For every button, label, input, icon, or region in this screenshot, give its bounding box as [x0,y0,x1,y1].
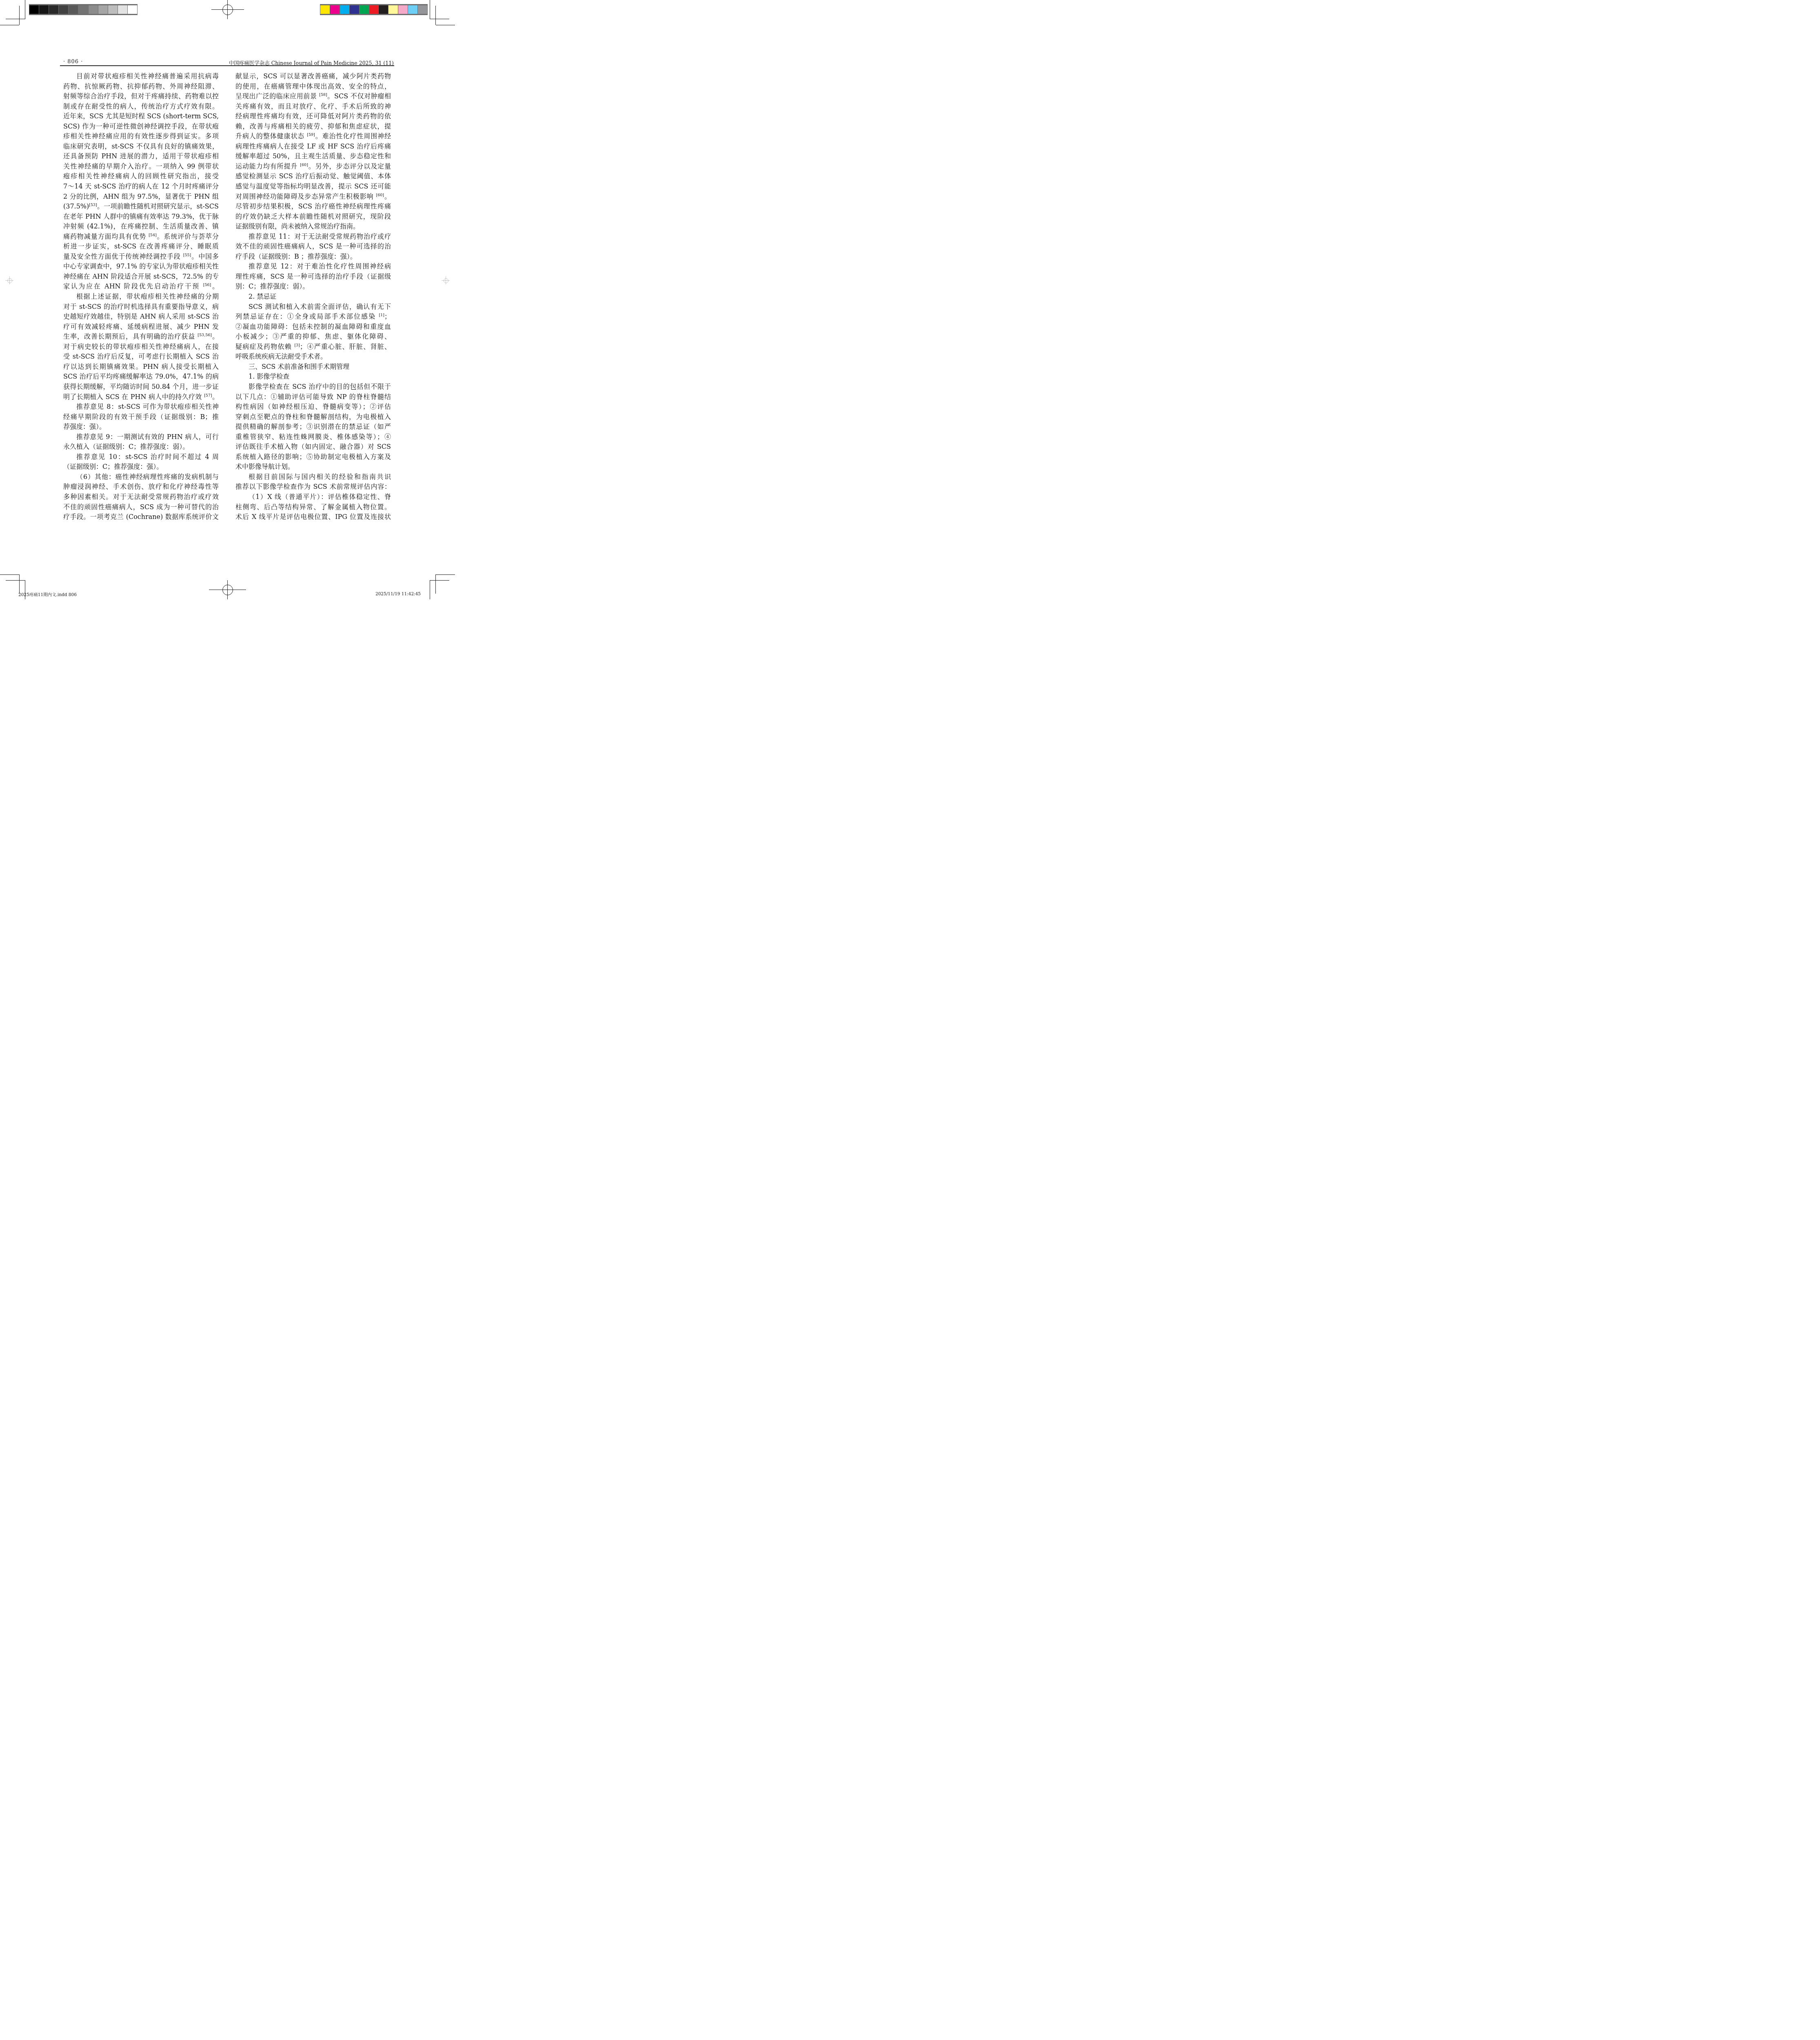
text-line: 以下几点：①辅助评估可能导致 NP 的脊柱脊髓结 [235,392,391,402]
calibration-swatch [98,5,108,14]
crop-mark [0,574,19,575]
calibration-swatch [39,5,49,14]
footer-file-label: 2025疼痛11期内文.indd 806 [18,592,77,598]
text-line: 重椎管狭窄、粘连性蛛网膜炎、椎体感染等）；④ [235,432,391,442]
text-line: (37.5%)[53]。一项前瞻性随机对照研究显示，st-SCS [63,202,219,212]
text-line: 呼吸系统疾病无法耐受手术者。 [235,352,391,362]
text-line: 病理性疼痛病人在接受 LF 或 HF SCS 治疗后疼痛 [235,142,391,152]
text-line: 荐强度：强）。 [63,422,219,432]
text-line: 列禁忌证存在：①全身或局部手术部位感染 [1]； [235,312,391,322]
text-line: 关性神经痛的早期介入治疗。一项纳入 99 例带状 [63,162,219,172]
registration-mark-line [9,276,10,284]
calibration-swatch [340,5,349,14]
text-line: 神经痛在 AHN 阶段适合开展 st-SCS，72.5% 的专 [63,272,219,282]
text-line: 获得长期缓解，平均随访时间 50.84 个月，进一步证 [63,382,219,392]
footer-timestamp: 2025/11/19 11:42:45 [375,592,421,596]
text-line: （证据级别：C；推荐强度：强）。 [63,462,219,472]
text-line: 史越短疗效越佳，特别是 AHN 病人采用 st-SCS 治 [63,312,219,322]
text-line: 别：C；推荐强度：弱）。 [235,282,391,292]
text-line: 影像学检查在 SCS 治疗中的目的包括但不限于 [235,382,391,392]
registration-mark-icon [444,278,448,283]
text-line: 推荐以下影像学检查作为 SCS 术前常规评估内容： [235,482,391,492]
calibration-swatch [369,5,379,14]
calibration-swatch [128,5,137,14]
text-line: 多种因素相关。对于无法耐受常规药物治疗或疗效 [63,492,219,502]
crop-mark [435,574,436,594]
text-line: 尽管初步结果积极，SCS 治疗癌性神经病理性疼痛 [235,202,391,212]
text-line: 缓解率超过 50%，且主观生活质量、步态稳定性和 [235,151,391,162]
text-line: 疗手段。一项考克兰 (Cochrane) 数据库系统评价文 [63,512,219,522]
crop-mark [430,581,430,599]
text-line: 临床研究表明，st-SCS 不仅具有良好的镇痛效果， [63,142,219,152]
text-line: 根据目前国际与国内相关的经验和指南共识 [61,62]， [235,472,391,482]
crop-mark [6,580,25,581]
text-line: 疗手段（证据级别：B ；推荐强度：强）。 [235,252,391,262]
registration-mark-icon [222,585,233,595]
registration-mark-line [227,580,228,599]
text-line: 2. 禁忌证 [235,292,391,302]
text-line: 生率，改善长期预后，具有明确的治疗获益 [53,56]。 [63,332,219,342]
text-line: 小板减少；③严重的抑郁、焦虑、躯体化障碍、 [235,332,391,342]
text-line: 疑病症及药物依赖 [3]；④严重心脏、肝脏、肾脏、 [235,342,391,352]
crop-mark [435,6,436,25]
text-line: 三、SCS 术前准备和围手术期管理 [235,362,391,372]
text-line: 的使用，在癌痛管理中体现出高效、安全的特点， [235,82,391,92]
text-line: 药物、抗惊厥药物、抗抑郁药物、外周神经阻滞、 [63,82,219,92]
calibration-swatch [330,5,340,14]
text-line: 推荐意见 8：st-SCS 可作为带状疱疹相关性神 [63,402,219,412]
crop-mark [436,574,455,575]
text-line: 近年来，SCS 尤其是短时程 SCS (short-term SCS, st- [63,111,219,122]
text-line: （6）其他：癌性神经病理性疼痛的发病机制与 [63,472,219,482]
text-line: 的疗效仍缺乏大样本前瞻性随机对照研究，现阶段 [235,212,391,222]
calibration-swatch [408,5,417,14]
text-line: 对于病史较长的带状疱疹相关性神经痛病人，在接 [63,342,219,352]
text-line: ②凝血功能障碍：包括未控制的凝血障碍和重度血 [235,322,391,332]
text-line: 家认为应在 AHN 阶段优先启动治疗干预 [56]。 [63,282,219,292]
calibration-swatch [29,5,39,14]
crop-mark [6,19,25,19]
journal-page: · 806 · 中国疼痛医学杂志 Chinese Journal of Pain… [0,0,455,599]
text-line: 感觉与温度觉等指标均明显改善，提示 SCS 还可能 [235,182,391,192]
text-line: SCS) 作为一种可逆性微创神经调控手段，在带状疱 [63,122,219,132]
calibration-swatch [59,5,68,14]
crop-mark [0,25,19,25]
crop-mark [19,574,20,594]
text-line: 制或存在耐受性的病人，传统治疗方式疗效有限。 [63,102,219,112]
article-column-right: 献显示，SCS 可以显著改善癌痛，减少阿片类药物的使用，在癌痛管理中体现出高效、… [235,71,391,522]
text-line: 射频等综合治疗手段，但对于疼痛持续、药物难以控 [63,91,219,102]
page-number: · 806 · [63,59,83,65]
text-line: 7～14 天 st-SCS 治疗的病人在 12 个月时疼痛评分≤ [63,182,219,192]
text-line: （1）X 线（普通平片）：评估椎体稳定性、脊 [235,492,391,502]
crop-mark [436,25,455,25]
text-line: 疗可有效减轻疼痛、延缓病程进展、减少 PHN 发 [63,322,219,332]
text-line: 呈现出广泛的临床应用前景 [58]。SCS 不仅对肿瘤相 [235,91,391,102]
text-line: 肿瘤浸润神经、手术创伤、放疗和化疗神经毒性等 [63,482,219,492]
calibration-swatch [78,5,88,14]
text-line: 感觉检测显示 SCS 治疗后振动觉、触觉阈值、本体 [235,171,391,182]
text-line: 中心专家调查中，97.1% 的专家认为带状疱疹相关性 [63,262,219,272]
text-line: 1. 影像学检查 [235,372,391,382]
calibration-swatch [388,5,398,14]
text-line: 经病理性疼痛均有效，还可降低对阿片类药物的依 [235,111,391,122]
text-line: SCS 治疗后平均疼痛缓解率达 79.0%，47.1% 的病人 [63,372,219,382]
text-line: 冲射频 (42.1%)，在疼痛控制、生活质量改善、镇 [63,222,219,232]
text-line: 献显示，SCS 可以显著改善癌痛，减少阿片类药物 [235,71,391,82]
text-line: 证据级别有限，尚未被纳入常规治疗指南。 [235,222,391,232]
crop-mark [430,580,449,581]
text-line: 明了长期植入 SCS 在 PHN 病人中的持久疗效 [57]。 [63,392,219,402]
calibration-swatch [69,5,78,14]
text-line: 柱侧弯、后凸等结构异常、了解金属植入物位置。 [235,502,391,512]
text-line: 理性疼痛，SCS 是一种可选择的治疗手段（证据级 [235,272,391,282]
header-rule [60,65,394,66]
registration-mark-line [446,276,446,284]
calibration-swatch [379,5,388,14]
text-line: 术后 X 线平片是评估电极位置、IPG 位置及连接状 [235,512,391,522]
crop-mark [25,0,25,19]
calibration-swatch [398,5,408,14]
text-line: 经痛早期阶段的有效干预手段（证据级别：B；推 [63,412,219,422]
text-line: 痛药物减量方面均具有优势 [54]。系统评价与荟萃分 [63,232,219,242]
text-line: 运动能力均有所提升 [60]。另外，步态评分以及定量 [235,162,391,172]
text-line: 推荐意见 12：对于难治性化疗性周围神经病 [235,262,391,272]
grayscale-calibration-bar [29,4,138,15]
text-line: 赖，改善与疼痛相关的疲劳、抑郁和焦虑症状，提 [235,122,391,132]
crop-mark [19,6,20,25]
text-line: 疹相关性神经痛应用的有效性逐步得到证实。多项 [63,131,219,142]
text-line: 术中影像导航计划。 [235,462,391,472]
text-line: 根据上述证据，带状疱疹相关性神经痛的分期 [63,292,219,302]
text-line: 构性病因（如神经根压迫、脊髓病变等）；②评估 [235,402,391,412]
crop-mark [430,0,430,19]
text-line: 不佳的顽固性癌痛病人，SCS 成为一种可替代的治 [63,502,219,512]
text-line: 系统植入路径的影响；⑤协助制定电极植入方案及 [235,452,391,462]
text-line: 效不佳的顽固性癌痛病人，SCS 是一种可选择的治 [235,242,391,252]
text-line: 疱疹相关性神经痛病人的回顾性研究指出，接受 [63,171,219,182]
text-line: 推荐意见 11：对于无法耐受常规药物治疗或疗 [235,232,391,242]
color-calibration-bar [320,4,428,15]
text-line: 还具备预防 PHN 进展的潜力，适用于带状疱疹相 [63,151,219,162]
text-line: 提供精确的解剖参考；③识别潜在的禁忌证（如严 [235,422,391,432]
calibration-swatch [49,5,58,14]
calibration-swatch [118,5,127,14]
text-line: SCS 测试和植入术前需全面评估，确认有无下 [235,302,391,312]
text-line: 量及安全性方面优于传统神经调控手段 [55]。中国多 [63,252,219,262]
text-line: 推荐意见 9：一期测试有效的 PHN 病人，可行 [63,432,219,442]
text-line: 析进一步证实，st-SCS 在改善疼痛评分、睡眠质 [63,242,219,252]
registration-mark-line [211,9,244,10]
registration-mark-line [227,0,228,19]
registration-mark-icon [222,4,233,15]
text-line: 对于 st-SCS 的治疗时机选择具有重要指导意义，病 [63,302,219,312]
calibration-swatch [108,5,118,14]
text-line: 推荐意见 10：st-SCS 治疗时间不超过 4 周 [63,452,219,462]
text-line: 升病人的整体健康状态 [59]。难治性化疗性周围神经 [235,131,391,142]
article-column-left: 目前对带状疱疹相关性神经痛普遍采用抗病毒药物、抗惊厥药物、抗抑郁药物、外周神经阻… [63,71,219,522]
calibration-swatch [320,5,330,14]
text-line: 对周围神经功能障碍及步态异常产生积极影响 [60]。 [235,192,391,202]
calibration-swatch [350,5,359,14]
crop-mark [430,19,449,19]
registration-mark-icon [7,278,12,283]
text-line: 在老年 PHN 人群中的镇痛有效率达 79.3%，优于脉 [63,212,219,222]
text-line: 受 st-SCS 治疗后反复，可考虑行长期植入 SCS 治 [63,352,219,362]
calibration-swatch [89,5,98,14]
text-line: 疗以达到长期镇痛效果。PHN 病人接受长期植入 [63,362,219,372]
text-line: 评估既往手术植入物（如内固定、融合器）对 SCS [235,442,391,452]
text-line: 永久植入（证据级别：C；推荐强度：弱）。 [63,442,219,452]
calibration-swatch [360,5,369,14]
text-line: 2 分的比例，AHN 组为 97.5%，显著优于 PHN 组 [63,192,219,202]
text-line: 目前对带状疱疹相关性神经痛普遍采用抗病毒 [63,71,219,82]
text-line: 关疼痛有效，而且对放疗、化疗、手术后所致的神 [235,102,391,112]
text-line: 穿刺点至靶点的脊柱和脊髓解剖结构，为电极植入 [235,412,391,422]
calibration-swatch [418,5,427,14]
